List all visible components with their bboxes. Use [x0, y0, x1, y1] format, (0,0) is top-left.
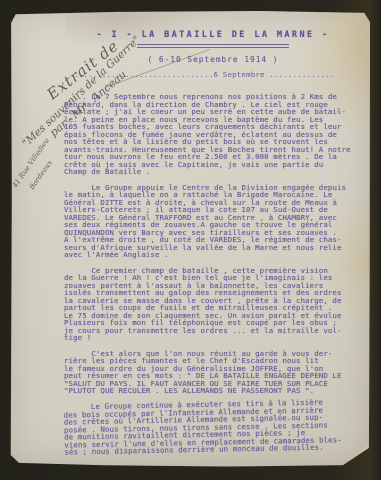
date-dots-right: ..............: [269, 70, 334, 79]
date-label: 6 Septembre: [214, 70, 265, 79]
title-underline: [137, 44, 289, 48]
paragraph-3: Ce premier champ de bataille , cette pre…: [64, 267, 362, 342]
paragraph-4: C'est alors que l'on nous réunit au gard…: [64, 350, 362, 395]
document-paper: Extrait de "Mes souvenirs de la Guerre" …: [10, 11, 370, 467]
paragraph-5: Le Groupe continue à exécuter ses tirs à…: [64, 397, 363, 455]
paragraph-2: Le Groupe appuie le Centre de la Divisio…: [64, 184, 362, 259]
photo-background: Extrait de "Mes souvenirs de la Guerre" …: [0, 0, 381, 480]
paragraph-1: ... Le 7 Septembre nous reprenons nos po…: [64, 93, 362, 176]
